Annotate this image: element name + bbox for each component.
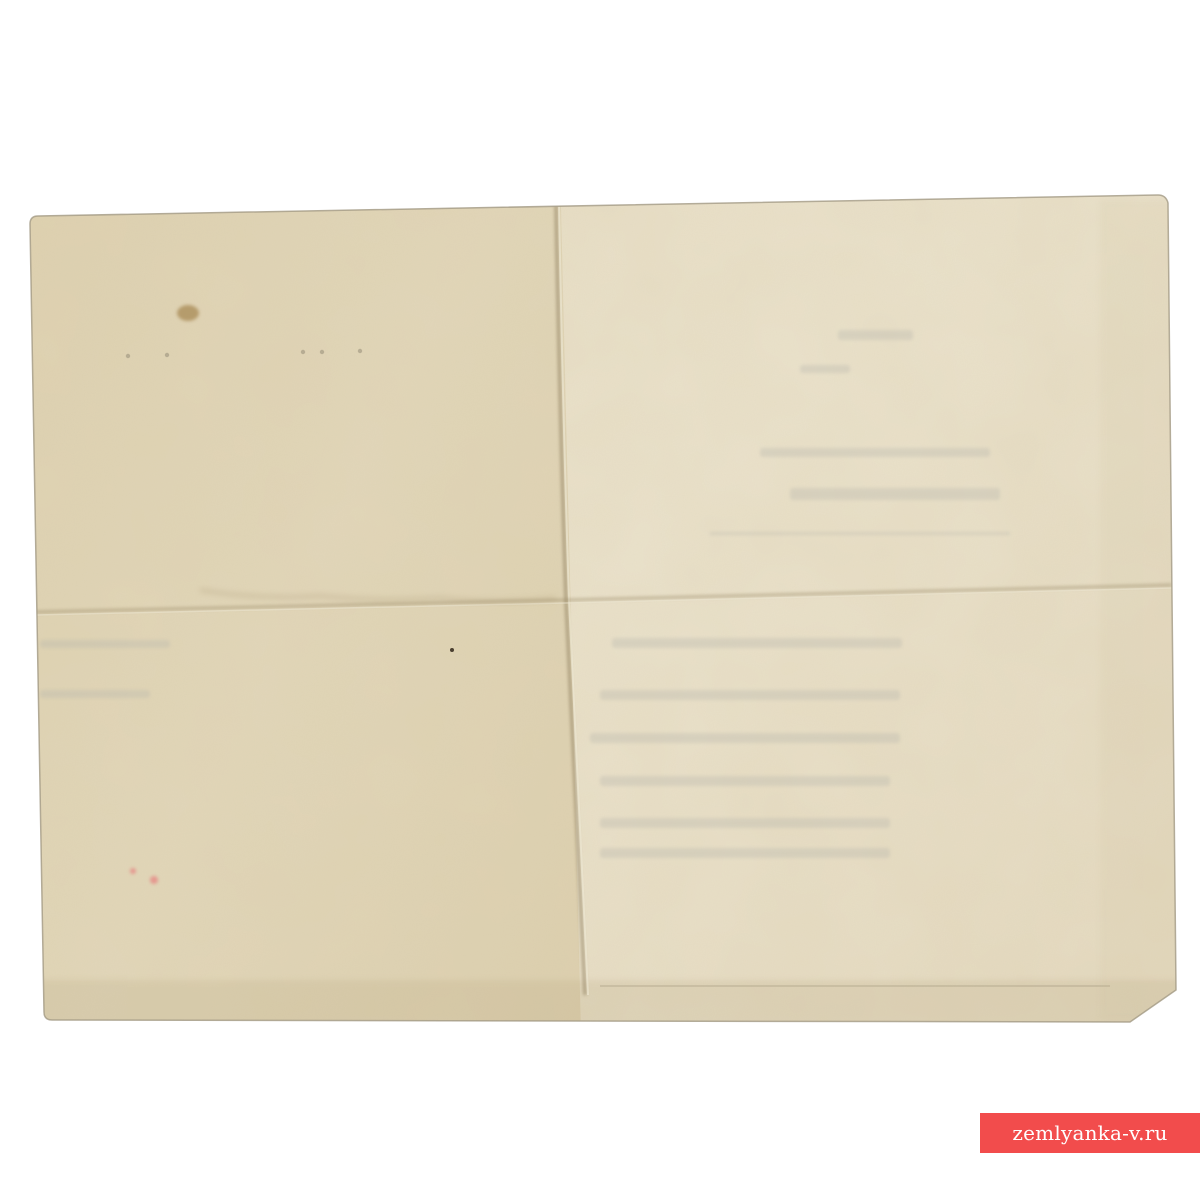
product-photo: zemlyanka-v.ru [0, 0, 1200, 1200]
watermark-badge: zemlyanka-v.ru [980, 1113, 1200, 1153]
stain-mark [177, 305, 199, 321]
folded-paper-document [0, 0, 1200, 1200]
dark-speck [450, 648, 454, 652]
